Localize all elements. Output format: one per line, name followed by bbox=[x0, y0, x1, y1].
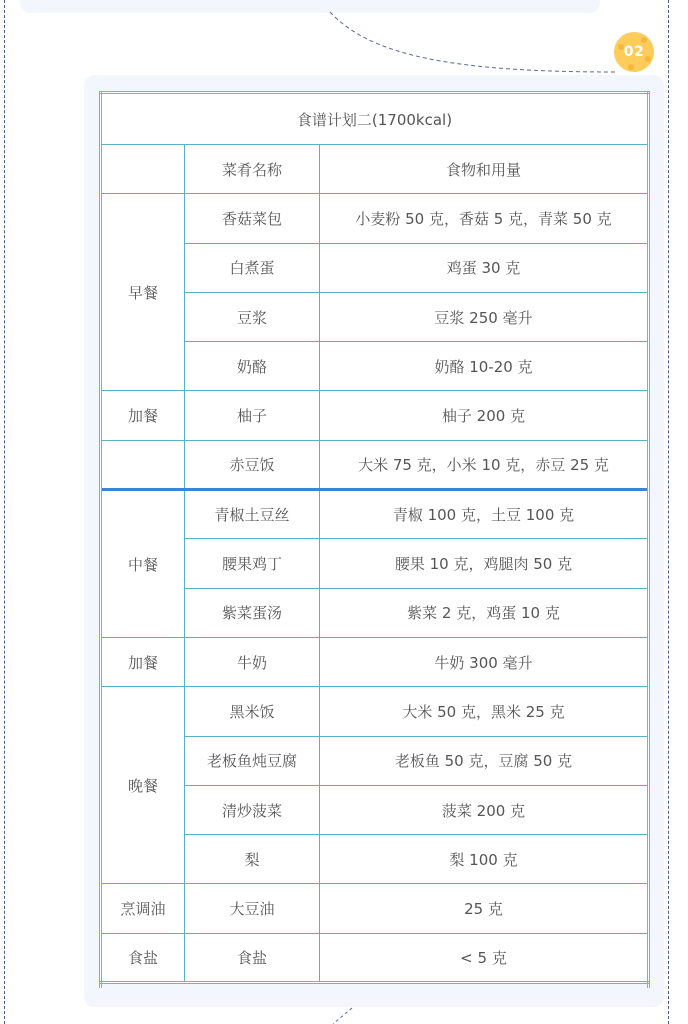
meal-cell: 加餐 bbox=[101, 391, 185, 440]
page-dashed-border-right bbox=[668, 0, 669, 1024]
header-dish: 菜肴名称 bbox=[185, 145, 320, 194]
header-ingredients: 食物和用量 bbox=[320, 145, 649, 194]
ingredients-cell: 牛奶 300 毫升 bbox=[320, 637, 649, 686]
dish-cell: 柚子 bbox=[185, 391, 320, 440]
table-row: 晚餐 黑米饭 大米 50 克，黑米 25 克 bbox=[101, 687, 649, 736]
ingredients-cell: 青椒 100 克，土豆 100 克 bbox=[320, 490, 649, 539]
ingredients-cell: 大米 50 克，黑米 25 克 bbox=[320, 687, 649, 736]
table-title: 食谱计划二(1700kcal) bbox=[101, 93, 649, 145]
ingredients-cell: 小麦粉 50 克，香菇 5 克，青菜 50 克 bbox=[320, 194, 649, 243]
dish-cell: 老板鱼炖豆腐 bbox=[185, 736, 320, 785]
ingredients-cell: 柚子 200 克 bbox=[320, 391, 649, 440]
table-row: 烹调油 大豆油 25 克 bbox=[101, 884, 649, 933]
ingredients-cell: 豆浆 250 毫升 bbox=[320, 292, 649, 341]
ingredients-cell: 奶酪 10-20 克 bbox=[320, 342, 649, 391]
ingredients-cell: 紫菜 2 克，鸡蛋 10 克 bbox=[320, 588, 649, 637]
meal-cell: 晚餐 bbox=[101, 687, 185, 884]
ingredients-cell: 鸡蛋 30 克 bbox=[320, 243, 649, 292]
dish-cell: 赤豆饭 bbox=[185, 440, 320, 489]
meal-cell: 早餐 bbox=[101, 194, 185, 391]
table-row: 加餐 柚子 柚子 200 克 bbox=[101, 391, 649, 440]
dish-cell: 青椒土豆丝 bbox=[185, 490, 320, 539]
dish-cell: 紫菜蛋汤 bbox=[185, 588, 320, 637]
dish-cell: 香菇菜包 bbox=[185, 194, 320, 243]
table-row: 加餐 牛奶 牛奶 300 毫升 bbox=[101, 637, 649, 686]
section-number-badge: 02 bbox=[614, 32, 654, 72]
dish-cell: 清炒菠菜 bbox=[185, 785, 320, 834]
dish-cell: 黑米饭 bbox=[185, 687, 320, 736]
dish-cell: 奶酪 bbox=[185, 342, 320, 391]
dish-cell: 食盐 bbox=[185, 933, 320, 982]
recipe-table: 食谱计划二(1700kcal) 菜肴名称 食物和用量 早餐 香菇菜包 小麦粉 5… bbox=[99, 91, 650, 984]
table-row: 食盐 食盐 < 5 克 bbox=[101, 933, 649, 982]
section-number: 02 bbox=[624, 44, 644, 60]
dish-cell: 大豆油 bbox=[185, 884, 320, 933]
meal-cell: 加餐 bbox=[101, 637, 185, 686]
ingredients-cell: 梨 100 克 bbox=[320, 835, 649, 884]
table-bottom-edge bbox=[99, 984, 650, 988]
ingredients-cell: 大米 75 克，小米 10 克，赤豆 25 克 bbox=[320, 440, 649, 489]
dish-cell: 腰果鸡丁 bbox=[185, 539, 320, 588]
page-dashed-border-left bbox=[4, 0, 5, 1024]
table-title-row: 食谱计划二(1700kcal) bbox=[101, 93, 649, 145]
meal-cell: 食盐 bbox=[101, 933, 185, 982]
ingredients-cell: 腰果 10 克，鸡腿肉 50 克 bbox=[320, 539, 649, 588]
header-meal bbox=[101, 145, 185, 194]
table-row: 中餐 青椒土豆丝 青椒 100 克，土豆 100 克 bbox=[101, 490, 649, 539]
recipe-table-container: 食谱计划二(1700kcal) 菜肴名称 食物和用量 早餐 香菇菜包 小麦粉 5… bbox=[99, 91, 650, 988]
dish-cell: 牛奶 bbox=[185, 637, 320, 686]
ingredients-cell: < 5 克 bbox=[320, 933, 649, 982]
table-header-row: 菜肴名称 食物和用量 bbox=[101, 145, 649, 194]
dish-cell: 豆浆 bbox=[185, 292, 320, 341]
table-row: 赤豆饭 大米 75 克，小米 10 克，赤豆 25 克 bbox=[101, 440, 649, 489]
table-row: 早餐 香菇菜包 小麦粉 50 克，香菇 5 克，青菜 50 克 bbox=[101, 194, 649, 243]
meal-cell bbox=[101, 440, 185, 489]
ingredients-cell: 菠菜 200 克 bbox=[320, 785, 649, 834]
ingredients-cell: 25 克 bbox=[320, 884, 649, 933]
dish-cell: 白煮蛋 bbox=[185, 243, 320, 292]
previous-section-card bbox=[20, 0, 600, 13]
meal-cell: 烹调油 bbox=[101, 884, 185, 933]
ingredients-cell: 老板鱼 50 克，豆腐 50 克 bbox=[320, 736, 649, 785]
dish-cell: 梨 bbox=[185, 835, 320, 884]
meal-cell: 中餐 bbox=[101, 490, 185, 638]
